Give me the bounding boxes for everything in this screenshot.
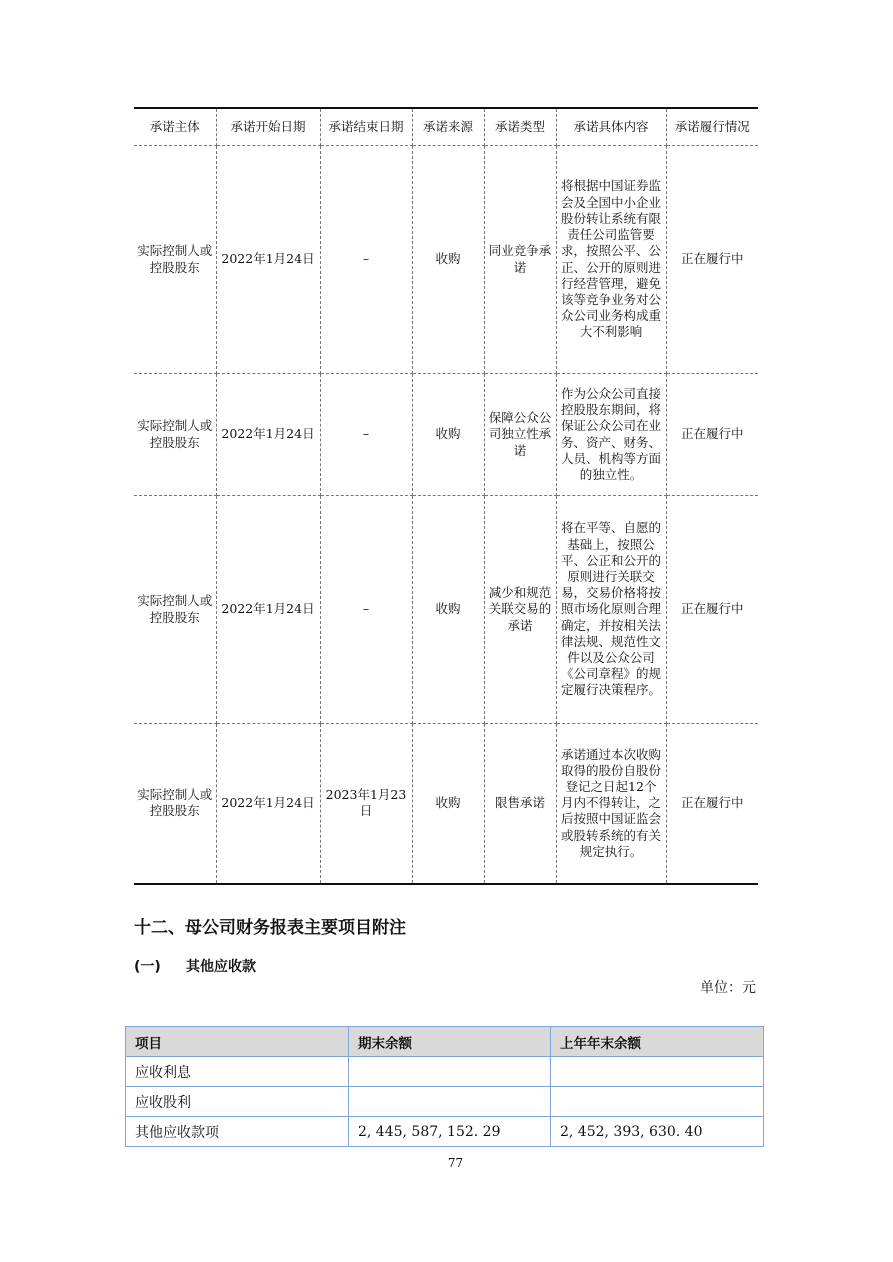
subsection-label: 其他应收款: [186, 959, 256, 975]
header-source: 承诺来源: [412, 108, 484, 146]
table-row: 实际控制人或控股股东 2022年1月24日 2023年1月23日 收购 限售承诺…: [134, 724, 758, 884]
subject-cell: 实际控制人或控股股东: [134, 724, 216, 884]
content-cell: 作为公众公司直接控股股东期间，将保证公众公司在业务、资产、财务、人员、机构等方面…: [556, 374, 666, 496]
content-cell: 承诺通过本次收购取得的股份自股份登记之日起12个月内不得转让，之后按照中国证监会…: [556, 724, 666, 884]
subsection-number: (一): [134, 956, 186, 976]
type-cell: 保障公众公司独立性承诺: [484, 374, 556, 496]
table-row: 应收利息: [126, 1057, 764, 1087]
status-cell: 正在履行中: [666, 724, 758, 884]
type-cell: 减少和规范关联交易的承诺: [484, 496, 556, 724]
page-number: 77: [0, 1156, 893, 1170]
ending-balance-cell: [349, 1087, 551, 1117]
header-content: 承诺具体内容: [556, 108, 666, 146]
header-type: 承诺类型: [484, 108, 556, 146]
ending-balance-cell: [349, 1057, 551, 1087]
item-cell: 应收利息: [126, 1057, 349, 1087]
subject-cell: 实际控制人或控股股东: [134, 496, 216, 724]
start-date-cell: 2022年1月24日: [216, 496, 320, 724]
subsection-title: (一)其他应收款: [134, 956, 256, 976]
item-cell: 其他应收款项: [126, 1117, 349, 1147]
header-ending-balance: 期末余额: [349, 1027, 551, 1057]
table-row: 实际控制人或控股股东 2022年1月24日 – 收购 同业竞争承诺 将根据中国证…: [134, 146, 758, 374]
source-cell: 收购: [412, 724, 484, 884]
header-start-date: 承诺开始日期: [216, 108, 320, 146]
prior-balance-cell: [551, 1057, 764, 1087]
subject-cell: 实际控制人或控股股东: [134, 374, 216, 496]
commitments-table: 承诺主体 承诺开始日期 承诺结束日期 承诺来源 承诺类型 承诺具体内容 承诺履行…: [134, 107, 758, 885]
end-date-cell: –: [320, 374, 412, 496]
content-cell: 将根据中国证券监会及全国中小企业股份转让系统有限责任公司监管要求，按照公平、公正…: [556, 146, 666, 374]
header-item: 项目: [126, 1027, 349, 1057]
table-row: 应收股利: [126, 1087, 764, 1117]
unit-label: 单位：元: [700, 977, 756, 997]
start-date-cell: 2022年1月24日: [216, 374, 320, 496]
header-subject: 承诺主体: [134, 108, 216, 146]
content-cell: 将在平等、自愿的基础上，按照公平、公正和公开的原则进行关联交易，交易价格将按照市…: [556, 496, 666, 724]
end-date-cell: –: [320, 496, 412, 724]
table-header-row: 承诺主体 承诺开始日期 承诺结束日期 承诺来源 承诺类型 承诺具体内容 承诺履行…: [134, 108, 758, 146]
source-cell: 收购: [412, 374, 484, 496]
other-receivables-table: 项目 期末余额 上年年末余额 应收利息 应收股利 其他应收款项 2, 445, …: [125, 1026, 764, 1147]
table-header-row: 项目 期末余额 上年年末余额: [126, 1027, 764, 1057]
status-cell: 正在履行中: [666, 146, 758, 374]
table-row: 实际控制人或控股股东 2022年1月24日 – 收购 保障公众公司独立性承诺 作…: [134, 374, 758, 496]
section-title: 十二、母公司财务报表主要项目附注: [134, 913, 406, 938]
table-row: 实际控制人或控股股东 2022年1月24日 – 收购 减少和规范关联交易的承诺 …: [134, 496, 758, 724]
item-cell: 应收股利: [126, 1087, 349, 1117]
type-cell: 限售承诺: [484, 724, 556, 884]
end-date-cell: –: [320, 146, 412, 374]
status-cell: 正在履行中: [666, 496, 758, 724]
start-date-cell: 2022年1月24日: [216, 146, 320, 374]
source-cell: 收购: [412, 496, 484, 724]
header-status: 承诺履行情况: [666, 108, 758, 146]
header-end-date: 承诺结束日期: [320, 108, 412, 146]
prior-balance-cell: 2, 452, 393, 630. 40: [551, 1117, 764, 1147]
prior-balance-cell: [551, 1087, 764, 1117]
ending-balance-cell: 2, 445, 587, 152. 29: [349, 1117, 551, 1147]
table-row: 其他应收款项 2, 445, 587, 152. 29 2, 452, 393,…: [126, 1117, 764, 1147]
header-prior-year-balance: 上年年末余额: [551, 1027, 764, 1057]
status-cell: 正在履行中: [666, 374, 758, 496]
end-date-cell: 2023年1月23日: [320, 724, 412, 884]
subject-cell: 实际控制人或控股股东: [134, 146, 216, 374]
source-cell: 收购: [412, 146, 484, 374]
start-date-cell: 2022年1月24日: [216, 724, 320, 884]
type-cell: 同业竞争承诺: [484, 146, 556, 374]
